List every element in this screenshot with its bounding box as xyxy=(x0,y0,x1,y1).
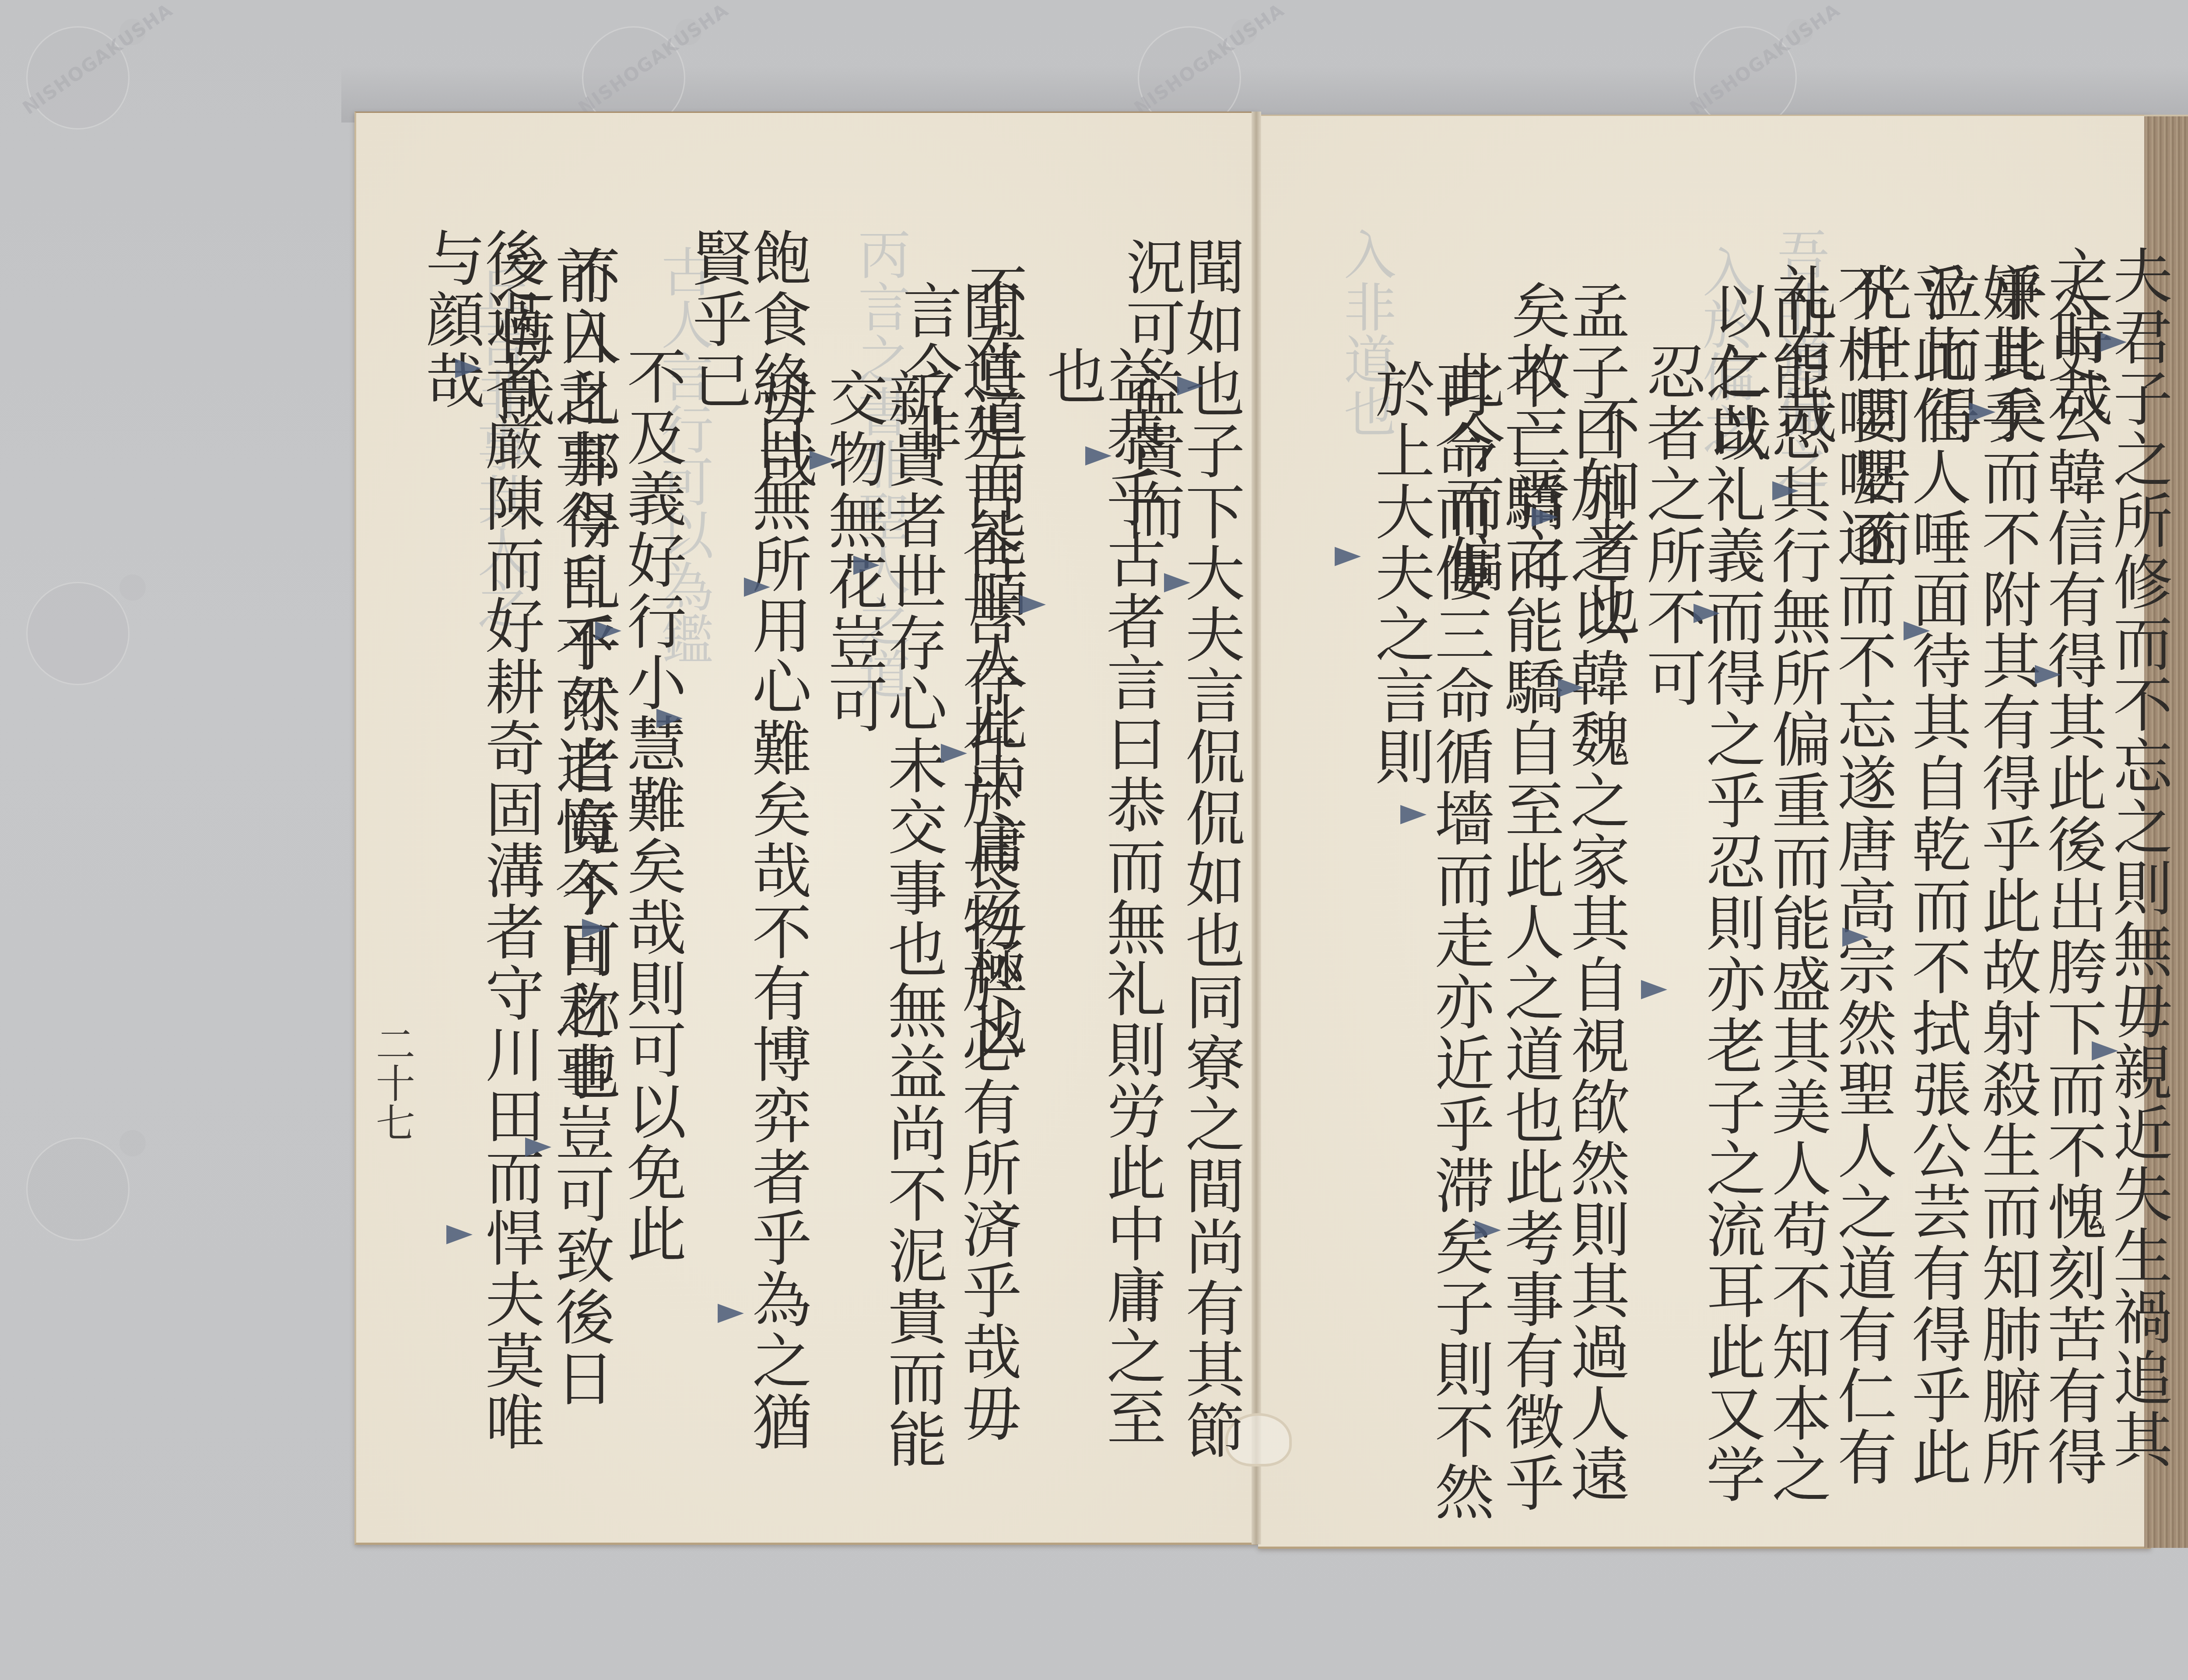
reading-mark-icon xyxy=(446,1225,473,1244)
reading-mark-icon xyxy=(2100,332,2127,352)
reading-mark-icon xyxy=(1904,621,1930,640)
reading-mark-icon xyxy=(1694,604,1720,623)
reading-mark-icon xyxy=(1532,507,1558,527)
reading-mark-icon xyxy=(853,556,880,575)
reading-mark-icon xyxy=(455,359,481,378)
left-page-column: 飽食終日無所用心難矣哉不有博弈者乎為之猶賢乎已 xyxy=(687,227,806,1452)
reading-mark-icon xyxy=(1558,678,1584,697)
book-gutter xyxy=(1252,112,1261,1544)
reading-mark-icon xyxy=(1475,1221,1501,1240)
reading-mark-icon xyxy=(1772,481,1799,500)
reading-mark-icon xyxy=(941,744,967,763)
reading-mark-icon xyxy=(1400,805,1427,824)
left-page-column: 益恭乎古者言曰恭而無礼則労此中庸之至也 xyxy=(1041,346,1161,1483)
watermark-logo-icon xyxy=(26,1137,130,1241)
watermark-logo-icon xyxy=(26,582,130,685)
reading-mark-icon xyxy=(1177,376,1203,395)
reading-mark-icon xyxy=(1020,595,1046,614)
page-number: 二十七 xyxy=(363,1024,420,1142)
reading-mark-icon xyxy=(656,709,683,728)
reading-mark-icon xyxy=(1969,402,1995,422)
reading-mark-icon xyxy=(525,1137,551,1157)
left-page-column: 新貴者世存心未交事也無益尚不泥貴而能交物無花豈可 xyxy=(823,367,942,1505)
reading-mark-icon xyxy=(1335,547,1361,566)
reading-mark-icon xyxy=(1085,446,1112,465)
reading-mark-icon xyxy=(595,621,621,640)
left-page-column: 後過者厳陳而好耕奇固溝者守川田而悍夫莫唯与顔哉 xyxy=(420,227,539,1474)
reading-mark-icon xyxy=(1164,573,1190,592)
reading-mark-icon xyxy=(744,577,770,597)
reading-mark-icon xyxy=(1842,927,1869,947)
reading-mark-icon xyxy=(1641,980,1667,999)
reading-mark-icon xyxy=(718,1304,744,1323)
reading-mark-icon xyxy=(2092,1041,2118,1060)
reading-mark-icon xyxy=(810,451,836,470)
right-page-column: 再命而僂三命循墻而走亦近乎滞矣子則不然於上大夫之言則 xyxy=(1370,359,1489,1540)
right-page-column: 之以礼義而得之乎忍則亦老子之流耳此又学忍者之所不可 xyxy=(1641,341,1760,1544)
reading-mark-icon xyxy=(582,919,608,938)
left-page-column: 不及義好行小慧難矣哉則可以免此 xyxy=(621,346,681,1352)
reading-mark-icon xyxy=(2035,665,2061,684)
